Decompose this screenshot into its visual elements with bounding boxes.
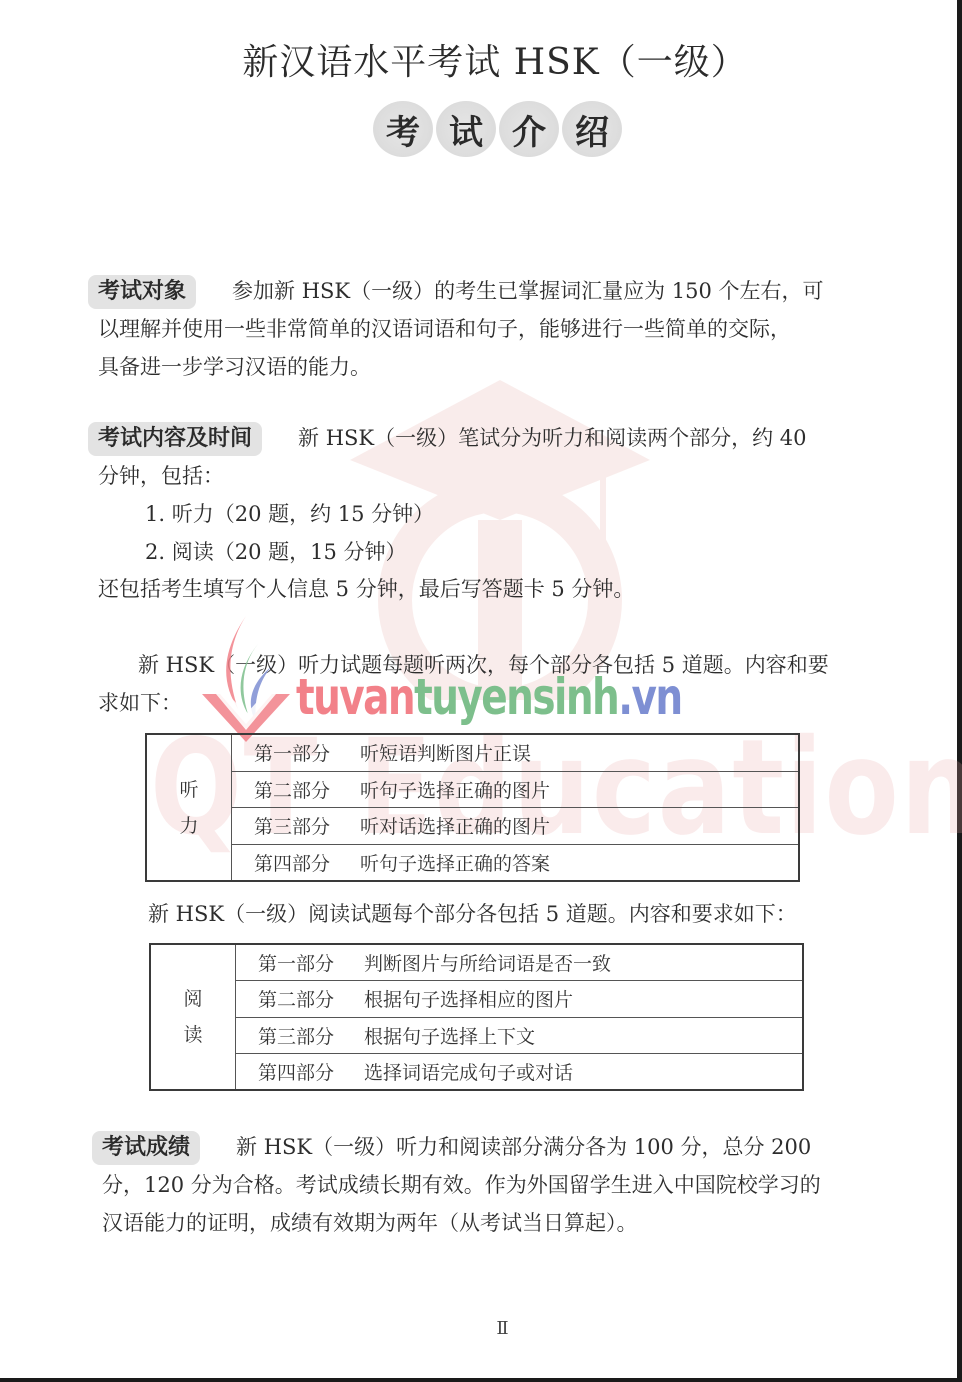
flame-logo-watermark-icon: [198, 614, 294, 742]
page-title: 新汉语水平考试 HSK（一级）: [0, 34, 962, 85]
paragraph-line: 以理解并使用一些非常简单的汉语词语和句子，能够进行一些简单的交际，: [88, 310, 918, 348]
paragraph-line: 分，120 分为合格。考试成绩长期有效。作为外国留学生进入中国院校学习的: [92, 1166, 922, 1204]
subtitle-char-badge: 试: [436, 101, 496, 157]
subtitle-badges: 考 试 介 绍: [373, 101, 622, 157]
table-row: 第二部分听句子选择正确的图片: [232, 772, 798, 809]
paragraph-line: 具备进一步学习汉语的能力。: [88, 348, 918, 386]
paragraph-line: 参加新 HSK（一级）的考生已掌握词汇量应为 150 个左右，可: [232, 279, 824, 303]
list-item-reading: 2. 阅读（20 题，15 分钟）: [145, 537, 407, 567]
page-number: Ⅱ: [0, 1318, 962, 1339]
table-row: 第三部分听对话选择正确的图片: [232, 808, 798, 845]
section-score: 考试成绩新 HSK（一级）听力和阅读部分满分各为 100 分，总分 200 分，…: [92, 1128, 922, 1242]
page-edge-bottom: [0, 1378, 962, 1382]
tuvantuyensinh-watermark: tuvantuyensinh.vn: [296, 672, 682, 722]
reading-intro: 新 HSK（一级）阅读试题每个部分各包括 5 道题。内容和要求如下：: [148, 895, 797, 933]
section-target: 考试对象参加新 HSK（一级）的考生已掌握词汇量应为 150 个左右，可 以理解…: [88, 272, 918, 386]
table-row: 第三部分根据句子选择上下文: [236, 1018, 802, 1054]
table-row: 第一部分判断图片与所给词语是否一致: [236, 945, 802, 981]
paragraph-line: 汉语能力的证明，成绩有效期为两年（从考试当日算起）。: [92, 1204, 922, 1242]
section-content: 考试内容及时间新 HSK（一级）笔试分为听力和阅读两个部分，约 40 分钟，包括…: [88, 419, 918, 495]
table-row: 第四部分选择词语完成句子或对话: [236, 1054, 802, 1089]
subtitle-char-badge: 考: [373, 101, 433, 157]
paragraph-line: 新 HSK（一级）笔试分为听力和阅读两个部分，约 40: [298, 426, 806, 450]
section-label-score: 考试成绩: [92, 1131, 200, 1165]
section-label-content: 考试内容及时间: [88, 422, 262, 456]
table-row: 第一部分听短语判断图片正误: [232, 735, 798, 772]
content-footer-text: 还包括考生填写个人信息 5 分钟，最后写答题卡 5 分钟。: [98, 574, 634, 604]
listening-table: 听 力 第一部分听短语判断图片正误 第二部分听句子选择正确的图片 第三部分听对话…: [145, 733, 800, 882]
reading-table: 阅 读 第一部分判断图片与所给词语是否一致 第二部分根据句子选择相应的图片 第三…: [149, 943, 804, 1091]
table-rows: 第一部分听短语判断图片正误 第二部分听句子选择正确的图片 第三部分听对话选择正确…: [232, 735, 798, 880]
subtitle-char-badge: 绍: [562, 101, 622, 157]
table-row: 第二部分根据句子选择相应的图片: [236, 981, 802, 1017]
section-label-target: 考试对象: [88, 275, 196, 309]
table-rows: 第一部分判断图片与所给词语是否一致 第二部分根据句子选择相应的图片 第三部分根据…: [236, 945, 802, 1089]
page-edge-right: [957, 0, 962, 1382]
list-item-listening: 1. 听力（20 题，约 15 分钟）: [145, 499, 434, 529]
paragraph-line: 分钟，包括：: [88, 457, 918, 495]
table-side-label: 阅 读: [151, 945, 236, 1089]
table-side-label: 听 力: [147, 735, 232, 880]
paragraph-line: 新 HSK（一级）听力和阅读部分满分各为 100 分，总分 200: [236, 1135, 811, 1159]
table-row: 第四部分听句子选择正确的答案: [232, 845, 798, 881]
subtitle-char-badge: 介: [499, 101, 559, 157]
